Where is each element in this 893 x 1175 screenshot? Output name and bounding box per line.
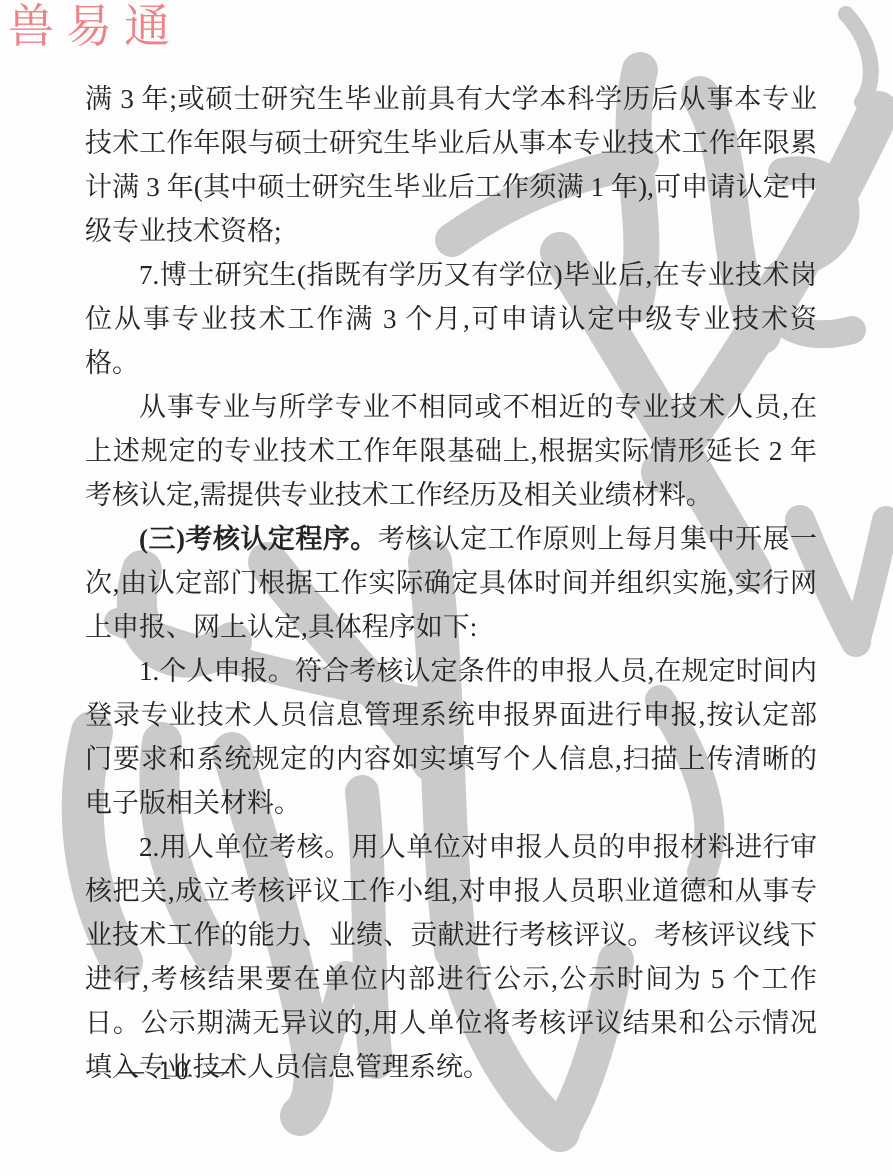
- paragraph-lead: (三)考核认定程序。: [139, 524, 378, 554]
- paragraph: 7.博士研究生(指既有学历又有学位)毕业后,在专业技术岗位从事专业技术工作满 3…: [85, 253, 817, 385]
- document-page: 兽易通 满 3 年;或硕士研究生毕业前具有大学本科学历后从事本专业技术工作年限与…: [0, 0, 893, 1175]
- paragraph: (三)考核认定程序。考核认定工作原则上每月集中开展一次,由认定部门根据工作实际确…: [85, 517, 817, 649]
- site-logo-text: 兽易通: [8, 2, 182, 52]
- document-body: 满 3 年;或硕士研究生毕业前具有大学本科学历后从事本专业技术工作年限与硕士研究…: [85, 77, 817, 1089]
- page-number: — 10 —: [118, 1056, 233, 1086]
- paragraph: 2.用人单位考核。用人单位对申报人员的申报材料进行审核把关,成立考核评议工作小组…: [85, 825, 817, 1089]
- paragraph: 满 3 年;或硕士研究生毕业前具有大学本科学历后从事本专业技术工作年限与硕士研究…: [85, 77, 817, 253]
- paragraph-lead: 1.个人申报。: [139, 656, 295, 686]
- paragraph: 从事专业与所学专业不相同或不相近的专业技术人员,在上述规定的专业技术工作年限基础…: [85, 385, 817, 517]
- paragraph-lead: 2.用人单位考核。: [139, 832, 352, 862]
- paragraph: 1.个人申报。符合考核认定条件的申报人员,在规定时间内登录专业技术人员信息管理系…: [85, 649, 817, 825]
